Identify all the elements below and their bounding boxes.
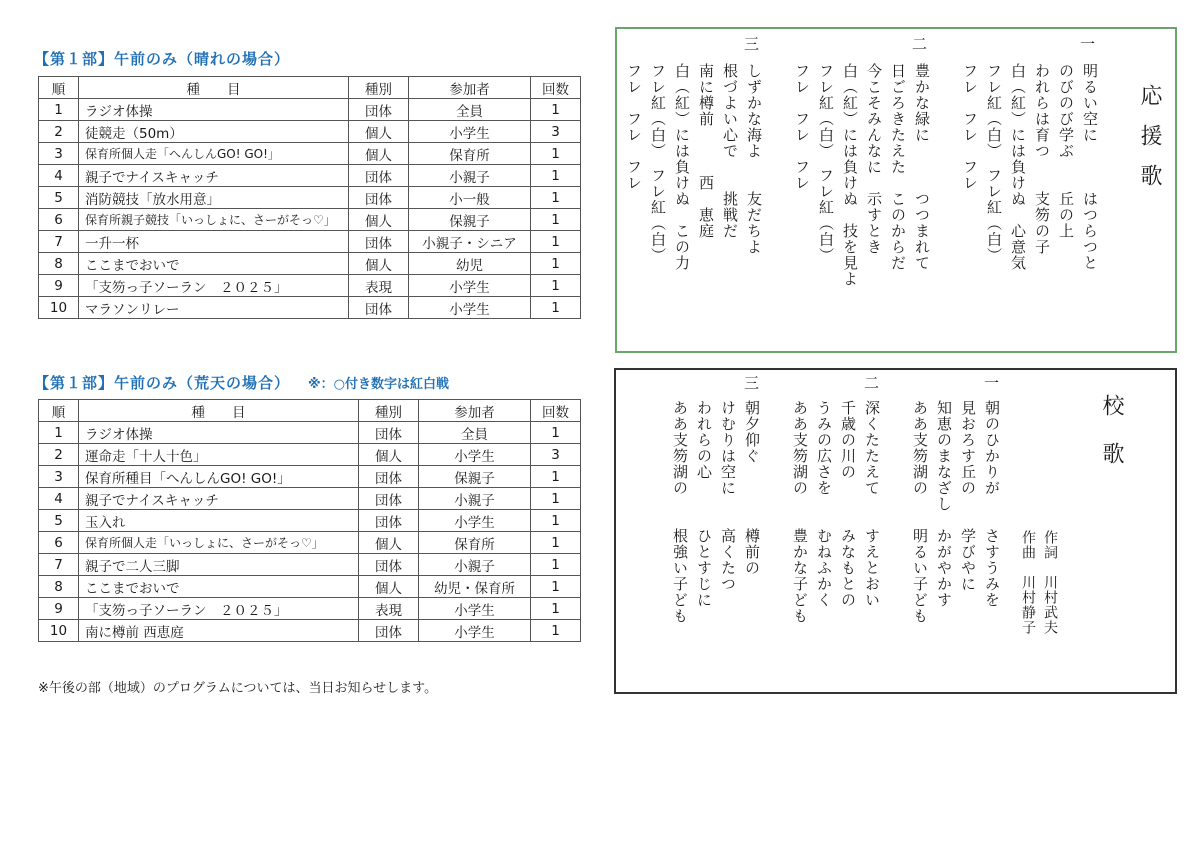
lyric-line: 白（紅）には負けぬ この力: [674, 63, 689, 271]
row-participants: 小親子・シニア: [409, 231, 531, 253]
table-row: 10南に樽前 西恵庭団体小学生1: [39, 620, 581, 642]
lyric-line: 明るい空に はつらつと: [1082, 63, 1097, 271]
row-event: ここまでおいで: [79, 253, 349, 275]
table-row: 2運命走「十人十色」個人小学生3: [39, 444, 581, 466]
row-event: マラソンリレー: [79, 297, 349, 319]
row-order: 2: [39, 444, 79, 466]
sunny-program-table: 順 種 目 種別 参加者 回数 1ラジオ体操団体全員12徒競走（50m）個人小学…: [38, 76, 581, 319]
row-count: 1: [531, 466, 581, 488]
row-participants: 保育所: [409, 143, 531, 165]
table-row: 3保育所個人走「へんしんGO! GO!」個人保育所1: [39, 143, 581, 165]
row-count: 1: [531, 275, 581, 297]
row-event: ラジオ体操: [79, 422, 359, 444]
lyric-line: 根づよい心で 挑戦だ: [722, 63, 737, 239]
table-row: 6保育所親子競技「いっしょに、さーがそっ♡」個人保親子1: [39, 209, 581, 231]
row-order: 7: [39, 554, 79, 576]
row-count: 1: [531, 99, 581, 121]
lyric-line: われらの心 ひとすじに: [696, 400, 711, 608]
school-song-composer: 作曲 川村静子: [1021, 530, 1035, 635]
row-count: 1: [531, 422, 581, 444]
table-row: 3保育所種目「へんしんGO! GO!」団体保親子1: [39, 466, 581, 488]
table-row: 1ラジオ体操団体全員1: [39, 99, 581, 121]
header-type: 種別: [349, 77, 409, 99]
row-event: 徒競走（50m）: [79, 121, 349, 143]
row-order: 5: [39, 187, 79, 209]
verse-number: 一: [1080, 33, 1095, 54]
lyric-line: しずかな海よ 友だちよ: [746, 63, 761, 255]
row-event: 親子でナイスキャッチ: [79, 488, 359, 510]
header-order: 順: [39, 77, 79, 99]
row-order: 4: [39, 488, 79, 510]
sunny-program-title: 【第１部】午前のみ（晴れの場合）: [34, 48, 290, 69]
lyric-line: 南に樽前 西 恵庭: [698, 63, 713, 239]
row-order: 10: [39, 297, 79, 319]
cheer-song-title: 応援歌: [1134, 84, 1165, 204]
verse-number: 三: [744, 372, 759, 393]
row-order: 2: [39, 121, 79, 143]
verse-number: 二: [864, 372, 879, 393]
row-participants: 保親子: [409, 209, 531, 231]
table-row: 7一升一杯団体小親子・シニア1: [39, 231, 581, 253]
row-count: 1: [531, 620, 581, 642]
table-row: 9「支笏っ子ソーラン ２０２５」表現小学生1: [39, 275, 581, 297]
row-count: 1: [531, 554, 581, 576]
row-count: 1: [531, 165, 581, 187]
row-participants: 小学生: [409, 121, 531, 143]
row-type: 団体: [349, 99, 409, 121]
table-row: 10マラソンリレー団体小学生1: [39, 297, 581, 319]
table-row: 8ここまでおいで個人幼児・保育所1: [39, 576, 581, 598]
table-row: 7親子で二人三脚団体小親子1: [39, 554, 581, 576]
lyric-line: 日ごろきたえた このからだ: [890, 63, 905, 271]
header-participants: 参加者: [409, 77, 531, 99]
lyric-line: 朝夕仰ぐ 樽前の: [744, 400, 759, 576]
header-event: 種 目: [79, 77, 349, 99]
row-count: 3: [531, 444, 581, 466]
row-count: 1: [531, 532, 581, 554]
row-participants: 保親子: [419, 466, 531, 488]
lyric-line: フレ紅（白） フレ紅（白）: [986, 63, 1001, 264]
row-count: 1: [531, 510, 581, 532]
table-row: 1ラジオ体操団体全員1: [39, 422, 581, 444]
row-order: 3: [39, 143, 79, 165]
row-type: 団体: [349, 165, 409, 187]
row-type: 個人: [349, 143, 409, 165]
row-event: 親子でナイスキャッチ: [79, 165, 349, 187]
row-type: 個人: [349, 209, 409, 231]
table-row: 2徒競走（50m）個人小学生3: [39, 121, 581, 143]
header-count: 回数: [531, 400, 581, 422]
row-type: 団体: [359, 510, 419, 532]
table-row: 8ここまでおいで個人幼児1: [39, 253, 581, 275]
row-count: 1: [531, 297, 581, 319]
row-type: 個人: [359, 532, 419, 554]
row-type: 個人: [359, 444, 419, 466]
row-participants: 小学生: [419, 598, 531, 620]
row-event: ここまでおいで: [79, 576, 359, 598]
row-count: 1: [531, 576, 581, 598]
row-participants: 保育所: [419, 532, 531, 554]
lyric-line: 千歳の川の みなもとの: [840, 400, 855, 608]
lyric-line: ああ支笏湖の 明るい子ども: [912, 400, 927, 624]
row-order: 8: [39, 576, 79, 598]
row-type: 団体: [359, 488, 419, 510]
row-order: 9: [39, 275, 79, 297]
row-count: 1: [531, 488, 581, 510]
lyric-line: われらは育つ 支笏の子: [1034, 63, 1049, 255]
row-event: 運命走「十人十色」: [79, 444, 359, 466]
row-participants: 小学生: [419, 620, 531, 642]
rain-program-title: 【第１部】午前のみ（荒天の場合）※：○付き数字は紅白戦: [34, 372, 449, 393]
row-order: 6: [39, 209, 79, 231]
row-event: 保育所種目「へんしんGO! GO!」: [79, 466, 359, 488]
header-order: 順: [39, 400, 79, 422]
row-participants: 小学生: [409, 275, 531, 297]
table-row: 4親子でナイスキャッチ団体小親子1: [39, 488, 581, 510]
lyric-line: 知恵のまなざし かがやかす: [936, 400, 951, 608]
header-event: 種 目: [79, 400, 359, 422]
row-participants: 小学生: [419, 510, 531, 532]
lyric-line: フレ フレ フレ: [626, 63, 641, 191]
row-count: 1: [531, 209, 581, 231]
row-participants: 幼児: [409, 253, 531, 275]
lyric-line: のびのび学ぶ 丘の上: [1058, 63, 1073, 239]
row-type: 表現: [349, 275, 409, 297]
table-row: 6保育所個人走「いっしょに、さーがそっ♡」個人保育所1: [39, 532, 581, 554]
row-participants: 小学生: [409, 297, 531, 319]
verse-number: 三: [744, 33, 759, 54]
row-participants: 全員: [419, 422, 531, 444]
verse-number: 二: [912, 33, 927, 54]
row-count: 1: [531, 187, 581, 209]
rain-program-table: 順 種 目 種別 参加者 回数 1ラジオ体操団体全員12運命走「十人十色」個人小…: [38, 399, 581, 642]
lyric-line: ああ支笏湖の 根強い子ども: [672, 400, 687, 624]
row-type: 個人: [349, 121, 409, 143]
row-participants: 小親子: [409, 165, 531, 187]
row-order: 9: [39, 598, 79, 620]
school-song-title: 校歌: [1096, 394, 1127, 490]
row-count: 3: [531, 121, 581, 143]
table-header-row: 順 種 目 種別 参加者 回数: [39, 400, 581, 422]
lyric-line: 朝のひかりが さすうみを: [984, 400, 999, 608]
row-order: 8: [39, 253, 79, 275]
row-order: 1: [39, 99, 79, 121]
row-participants: 小親子: [419, 554, 531, 576]
row-participants: 小一般: [409, 187, 531, 209]
lyric-line: うみの広さを むねふかく: [816, 400, 831, 608]
table-row: 9「支笏っ子ソーラン ２０２５」表現小学生1: [39, 598, 581, 620]
header-type: 種別: [359, 400, 419, 422]
row-count: 1: [531, 598, 581, 620]
row-event: 「支笏っ子ソーラン ２０２５」: [79, 275, 349, 297]
row-event: 消防競技「放水用意」: [79, 187, 349, 209]
row-participants: 小学生: [419, 444, 531, 466]
row-order: 1: [39, 422, 79, 444]
row-type: 団体: [349, 297, 409, 319]
header-count: 回数: [531, 77, 581, 99]
row-event: 玉入れ: [79, 510, 359, 532]
table-row: 5消防競技「放水用意」団体小一般1: [39, 187, 581, 209]
row-type: 団体: [349, 231, 409, 253]
lyric-line: 白（紅）には負けぬ 技を見よ: [842, 63, 857, 287]
row-count: 1: [531, 143, 581, 165]
row-event: 保育所親子競技「いっしょに、さーがそっ♡」: [79, 209, 349, 231]
lyric-line: フレ フレ フレ: [962, 63, 977, 191]
row-type: 個人: [359, 576, 419, 598]
row-order: 3: [39, 466, 79, 488]
cheer-song-box: 応援歌 一明るい空に はつらつとのびのび学ぶ 丘の上われらは育つ 支笏の子白（紅…: [615, 27, 1177, 353]
lyric-line: フレ フレ フレ: [794, 63, 809, 191]
table-header-row: 順 種 目 種別 参加者 回数: [39, 77, 581, 99]
lyric-line: 深くたたえて すえとおい: [864, 400, 879, 608]
row-type: 表現: [359, 598, 419, 620]
table-row: 5玉入れ団体小学生1: [39, 510, 581, 532]
table-row: 4親子でナイスキャッチ団体小親子1: [39, 165, 581, 187]
row-event: 南に樽前 西恵庭: [79, 620, 359, 642]
lyric-line: フレ紅（白） フレ紅（白）: [650, 63, 665, 264]
lyric-line: けむりは空に 高くたつ: [720, 400, 735, 592]
row-type: 団体: [359, 554, 419, 576]
row-count: 1: [531, 253, 581, 275]
rain-program-note: ※：○付き数字は紅白戦: [308, 377, 449, 392]
lyric-line: 見おろす丘の 学びやに: [960, 400, 975, 592]
header-participants: 参加者: [419, 400, 531, 422]
lyric-line: 白（紅）には負けぬ 心意気: [1010, 63, 1025, 271]
row-event: 一升一杯: [79, 231, 349, 253]
row-event: 親子で二人三脚: [79, 554, 359, 576]
row-type: 団体: [359, 620, 419, 642]
rain-program-title-text: 【第１部】午前のみ（荒天の場合）: [34, 374, 290, 392]
verse-number: 一: [984, 372, 999, 393]
row-order: 7: [39, 231, 79, 253]
afternoon-footnote: ※午後の部（地域）のプログラムについては、当日お知らせします。: [38, 677, 437, 696]
row-order: 5: [39, 510, 79, 532]
row-participants: 全員: [409, 99, 531, 121]
row-participants: 小親子: [419, 488, 531, 510]
school-song-box: 校歌 作詞 川村武夫 作曲 川村静子 一朝のひかりが さすうみを見おろす丘の 学…: [614, 368, 1177, 694]
lyric-line: フレ紅（白） フレ紅（白）: [818, 63, 833, 264]
row-count: 1: [531, 231, 581, 253]
row-type: 団体: [359, 466, 419, 488]
school-song-lyricist: 作詞 川村武夫: [1043, 530, 1057, 635]
row-order: 10: [39, 620, 79, 642]
row-participants: 幼児・保育所: [419, 576, 531, 598]
row-event: 保育所個人走「いっしょに、さーがそっ♡」: [79, 532, 359, 554]
row-event: 保育所個人走「へんしんGO! GO!」: [79, 143, 349, 165]
row-type: 団体: [359, 422, 419, 444]
row-type: 団体: [349, 187, 409, 209]
lyric-line: 豊かな緑に つつまれて: [914, 63, 929, 271]
row-order: 6: [39, 532, 79, 554]
lyric-line: 今こそみんなに 示すとき: [866, 63, 881, 255]
row-order: 4: [39, 165, 79, 187]
row-event: ラジオ体操: [79, 99, 349, 121]
lyric-line: ああ支笏湖の 豊かな子ども: [792, 400, 807, 624]
row-type: 個人: [349, 253, 409, 275]
row-event: 「支笏っ子ソーラン ２０２５」: [79, 598, 359, 620]
